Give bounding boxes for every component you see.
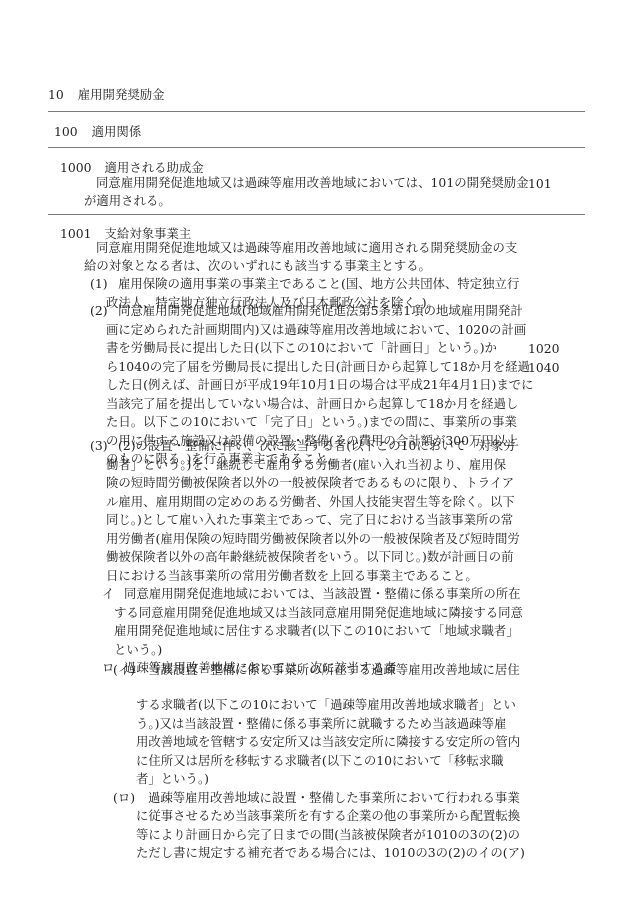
item-line: 画に定められた計画期間内)又は過疎等雇用改善地域において、1020の計画 bbox=[106, 321, 526, 340]
chapter-heading: 10雇用開発奨励金 bbox=[48, 85, 165, 103]
sub-sub-item-line: に従事させるため当該事業所を有する企業の他の事業所から配置転換 bbox=[136, 807, 520, 826]
item-line: 用労働者(雇用保険の短時間労働被保険者以外の一般被保険者及び短時間労 bbox=[106, 530, 520, 549]
clause-number: 1001 bbox=[60, 226, 92, 241]
clause-title: 適用される助成金 bbox=[105, 160, 204, 175]
item-line: 同意雇用開発促進地域(地域雇用開発促進法第5条第1項の地域雇用開発計 bbox=[118, 302, 523, 321]
item-line: 働被保険者以外の高年齢継続被保険者をいう。以下同じ。)数が計画日の前 bbox=[106, 548, 514, 567]
sub-sub-item-line: 者」という。) bbox=[136, 770, 209, 789]
item-label: (1) bbox=[90, 275, 108, 294]
item-line: 険の短時間労働被保険者以外の一般被保険者であるものに限り、トライア bbox=[106, 474, 514, 493]
paragraph-line: が適用される。 bbox=[84, 192, 171, 211]
chapter-title: 雇用開発奨励金 bbox=[78, 87, 165, 102]
paragraph-line: 同意雇用開発促進地域又は過疎等雇用改善地域においては、101の開発奨励金 bbox=[96, 174, 529, 193]
sub-sub-item-label: (ロ) bbox=[113, 789, 135, 808]
item-label: (3) bbox=[90, 437, 108, 456]
divider bbox=[48, 147, 585, 148]
item-line: 書を労働局長に提出した日(以下この10において「計画日」という。)か bbox=[106, 339, 497, 358]
item-line: 働者」という。)を、継続して雇用する労働者(雇い入れ当初より、雇用保 bbox=[106, 456, 506, 475]
sub-item-line: 同意雇用開発促進地域においては、当該設置・整備に係る事業所の所在 bbox=[124, 585, 521, 604]
paragraph-line: 給の対象となる者は、次のいずれにも該当する事業主とする。 bbox=[84, 257, 431, 276]
item-line: ら1040の完了届を労働局長に提出した日(計画日から起算して18か月を経過 bbox=[106, 358, 530, 377]
sub-sub-item-label: (イ) bbox=[113, 661, 135, 680]
sub-item-line: 雇用開発促進地域に居住する求職者(以下この10において「地域求職者」 bbox=[114, 622, 519, 641]
item-line: (2)の設置・整備に伴い、次に該当する者(以下この10において「対象労 bbox=[118, 437, 515, 456]
item-line: 雇用保険の適用事業の事業主であること(国、地方公共団体、特定独立行 bbox=[118, 275, 519, 294]
item-line: た日。以下この10において「完了日」という。)までの間に、事業所の事業 bbox=[106, 413, 517, 432]
paragraph-line: 同意雇用開発促進地域又は過疎等雇用改善地域に適用される開発奨励金の支 bbox=[96, 239, 517, 258]
sub-sub-item-line: 用改善地域を管轄する安定所又は当該安定所に隣接する安定所の管内 bbox=[136, 733, 520, 752]
sub-item-line: する同意雇用開発促進地域又は当該同意雇用開発促進地域に隣接する同意 bbox=[114, 604, 523, 623]
divider bbox=[48, 111, 585, 112]
sub-sub-item-line: する求職者(以下この10において「過疎等雇用改善地域求職者」とい bbox=[136, 696, 516, 715]
sub-sub-item-line: ただし書に規定する補充者である場合には、1010の3の(2)のイの(ア) bbox=[136, 844, 525, 863]
sub-sub-item-line: に住所又は居所を移転する求職者(以下この10において「移転求職 bbox=[136, 752, 504, 771]
item-line: 当該完了届を提出していない場合は、計画日から起算して18か月を経過し bbox=[106, 395, 518, 414]
reference-number: 101 bbox=[528, 176, 552, 191]
section-number: 100 bbox=[54, 124, 78, 139]
section-heading: 100適用関係 bbox=[54, 122, 141, 140]
reference-number: 1040 bbox=[528, 360, 560, 375]
item-line: 日における当該事業所の常用労働者数を上回る事業主であること。 bbox=[106, 567, 478, 586]
item-line: 同じ。)として雇い入れた事業主であって、完了日における当該事業所の常 bbox=[106, 511, 513, 530]
sub-sub-item-line: 過疎等雇用改善地域に設置・整備した事業所において行われる事業 bbox=[148, 789, 520, 808]
sub-item-line: という。) bbox=[114, 641, 162, 660]
section-title: 適用関係 bbox=[92, 124, 142, 139]
clause-number: 1000 bbox=[60, 160, 92, 175]
sub-sub-item-line: 当該設置・整備に係る事業所の所在する過疎等雇用改善地域に居住 bbox=[148, 661, 520, 680]
sub-item-label: イ bbox=[102, 585, 114, 604]
item-line: ル雇用、雇用期間の定めのある労働者、外国人技能実習生等を除く。以下 bbox=[106, 493, 515, 512]
reference-number: 1020 bbox=[528, 341, 560, 356]
divider bbox=[48, 214, 585, 215]
sub-sub-item-line: 等により計画日から完了日までの間(当該被保険者が1010の3の(2)の bbox=[136, 826, 520, 845]
sub-sub-item-line: う。)又は当該設置・整備に係る事業所に就職するため当該過疎等雇 bbox=[136, 715, 506, 734]
item-line: した日(例えば、計画日が平成19年10月1日の場合は平成21年4月1日)までに bbox=[106, 376, 534, 395]
chapter-number: 10 bbox=[48, 87, 64, 102]
item-label: (2) bbox=[90, 302, 108, 321]
